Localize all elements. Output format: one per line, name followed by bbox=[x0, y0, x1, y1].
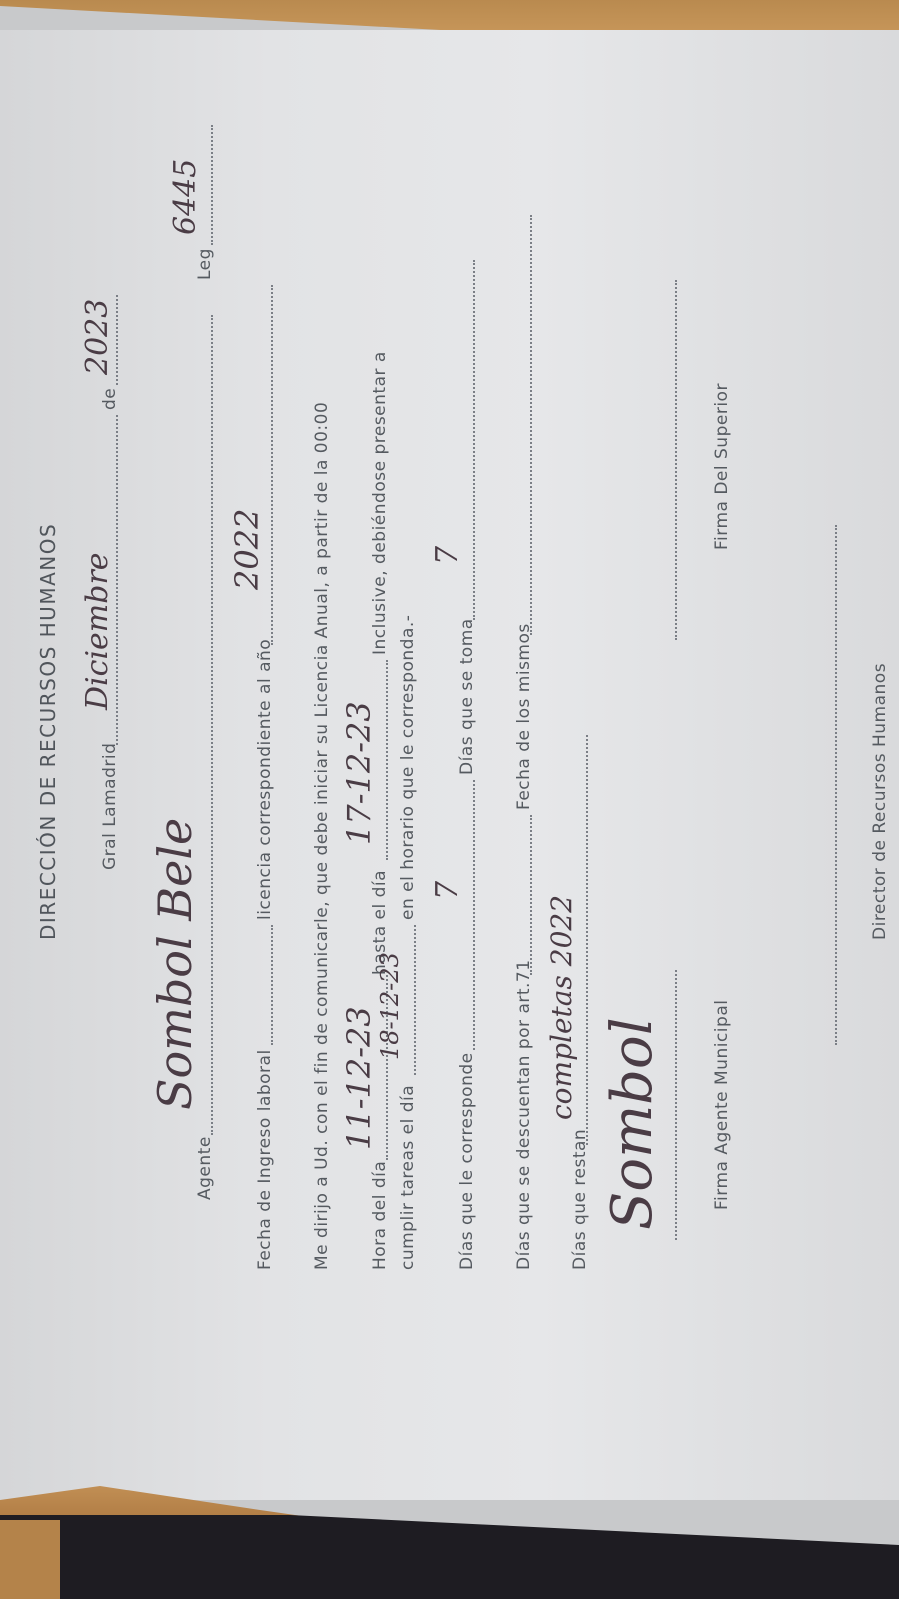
dias-corresponde-label: Días que le corresponde bbox=[457, 1052, 477, 1270]
return-date-handwritten: 18-12-23 bbox=[376, 952, 404, 1060]
agent-signature-label: Firma Agente Municipal bbox=[712, 1000, 732, 1210]
hora-label: Hora del día bbox=[370, 1161, 390, 1270]
fecha-mismos-label: Fecha de los mismos bbox=[514, 623, 534, 810]
form-title: DIRECCIÓN DE RECURSOS HUMANOS bbox=[36, 523, 60, 940]
licencia-dots bbox=[257, 285, 273, 645]
cumplir-label: cumplir tareas el día bbox=[398, 1085, 418, 1270]
leg-label: Leg bbox=[195, 248, 215, 280]
corresponde-dots bbox=[459, 780, 475, 1050]
dias-restan-handwritten: completas 2022 bbox=[545, 895, 578, 1120]
agent-signature-handwritten: Sombol bbox=[600, 1017, 665, 1230]
agent-signature-line bbox=[675, 970, 677, 1240]
ingreso-dots bbox=[257, 925, 273, 1045]
inclusive-text: Inclusive, debiéndose presentar a bbox=[370, 351, 390, 655]
director-signature-label: Director de Recursos Humanos bbox=[870, 663, 890, 940]
horario-text: en el horario que le corresponda.- bbox=[398, 615, 418, 920]
superior-signature-line bbox=[675, 280, 677, 640]
licencia-label: licencia correspondiente al año bbox=[255, 639, 275, 920]
wooden-table-corner bbox=[0, 1520, 60, 1599]
dias-toma-handwritten: 7 bbox=[430, 546, 465, 565]
licencia-year-handwritten: 2022 bbox=[228, 509, 266, 590]
year-handwritten: 2023 bbox=[80, 299, 115, 375]
dias-restan-label: Días que restan bbox=[570, 1129, 590, 1270]
toma-dots bbox=[459, 260, 475, 620]
dark-surface bbox=[0, 1515, 899, 1599]
de-label: de bbox=[100, 388, 120, 410]
dias-corresponde-handwritten: 7 bbox=[430, 881, 465, 900]
month-handwritten: Diciembre bbox=[80, 552, 115, 710]
dias-descuentan-label: Días que se descuentan por art.71 bbox=[514, 959, 534, 1270]
rotated-form: DIRECCIÓN DE RECURSOS HUMANOS Gral Lamad… bbox=[0, 30, 899, 1500]
descuentan-dots bbox=[516, 815, 532, 975]
leg-handwritten: 6445 bbox=[168, 159, 203, 235]
superior-signature-label: Firma Del Superior bbox=[712, 383, 732, 550]
fecha-mismos-dots bbox=[516, 215, 532, 635]
director-signature-line bbox=[835, 525, 837, 1045]
ingreso-label: Fecha de Ingreso laboral bbox=[255, 1049, 275, 1270]
body-line-1: Me dirijo a Ud. con el fin de comunicarl… bbox=[312, 402, 332, 1270]
agent-name-handwritten: Sombol Bele bbox=[148, 818, 202, 1110]
dias-toma-label: Días que se toma bbox=[457, 618, 477, 775]
from-date-handwritten: 11-12-23 bbox=[340, 1006, 378, 1150]
to-date-handwritten: 17-12-23 bbox=[340, 701, 378, 845]
agent-label: Agente bbox=[195, 1136, 215, 1200]
place-label: Gral Lamadrid bbox=[100, 743, 120, 870]
